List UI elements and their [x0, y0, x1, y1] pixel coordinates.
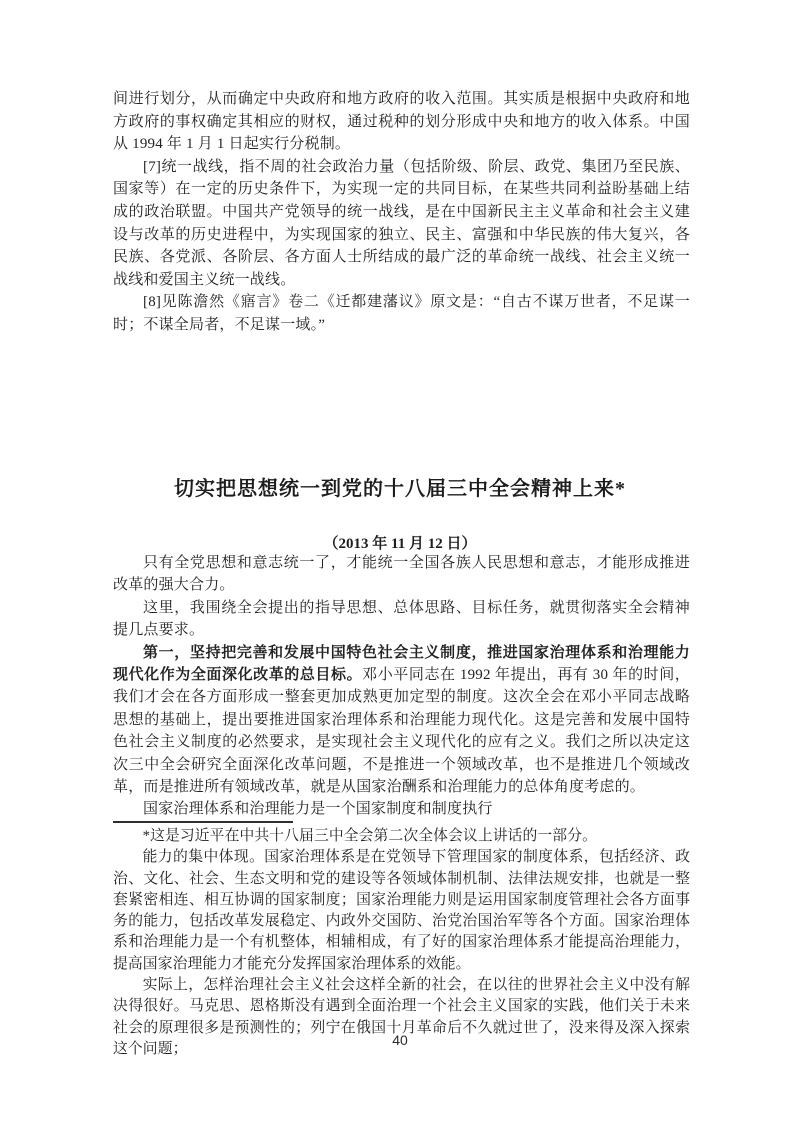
- body-paragraph-1: 只有全党思想和意志统一了，才能统一全国各族人民思想和意志，才能形成推进改革的强大…: [113, 552, 690, 597]
- article-date: （2013 年 11 月 12 日）: [0, 532, 800, 553]
- footnote-block: *这是习近平在中共十八届三中全会第二次全体会议上讲话的一部分。 能力的集中体现。…: [113, 821, 690, 1060]
- body-paragraph-3-rest: 邓小平同志在 1992 年提出，再有 30 年的时间，我们才会在各方面形成一整套…: [113, 667, 690, 795]
- body-paragraph-2: 这里，我围绕全会提出的指导思想、总体思路、目标任务，就贯彻落实全会精神提几点要求…: [113, 597, 690, 642]
- page-number: 40: [0, 1032, 800, 1048]
- article-title: 切实把思想统一到党的十八届三中全会精神上来*: [0, 472, 800, 501]
- body-paragraph-4: 国家治理体系和治理能力是一个国家制度和制度执行: [113, 798, 690, 820]
- document-page: 间进行划分，从而确定中央政府和地方政府的收入范围。其实质是根据中央政府和地方政府…: [0, 0, 800, 1131]
- note-continuation-paragraph: 间进行划分，从而确定中央政府和地方政府的收入范围。其实质是根据中央政府和地方政府…: [113, 88, 690, 156]
- body-continuation-paragraph-1: 能力的集中体现。国家治理体系是在党领导下管理国家的制度体系，包括经济、政治、文化…: [113, 847, 690, 975]
- note-7-paragraph: [7]统一战线，指不周的社会政治力量（包括阶级、阶层、政党、集团乃至民族、国家等…: [113, 156, 690, 292]
- footnote-source-note: *这是习近平在中共十八届三中全会第二次全体会议上讲话的一部分。: [113, 826, 690, 847]
- footnote-separator-rule: [113, 821, 293, 823]
- article-body: 只有全党思想和意志统一了，才能统一全国各族人民思想和意志，才能形成推进改革的强大…: [113, 552, 690, 821]
- body-paragraph-3: 第一，坚持把完善和发展中国特色社会主义制度，推进国家治理体系和治理能力现代化作为…: [113, 642, 690, 799]
- note-8-paragraph: [8]见陈澹然《寤言》卷二《迁都建藩议》原文是：“自古不谋万世者，不足谋一时；不…: [113, 291, 690, 336]
- notes-block: 间进行划分，从而确定中央政府和地方政府的收入范围。其实质是根据中央政府和地方政府…: [113, 88, 690, 337]
